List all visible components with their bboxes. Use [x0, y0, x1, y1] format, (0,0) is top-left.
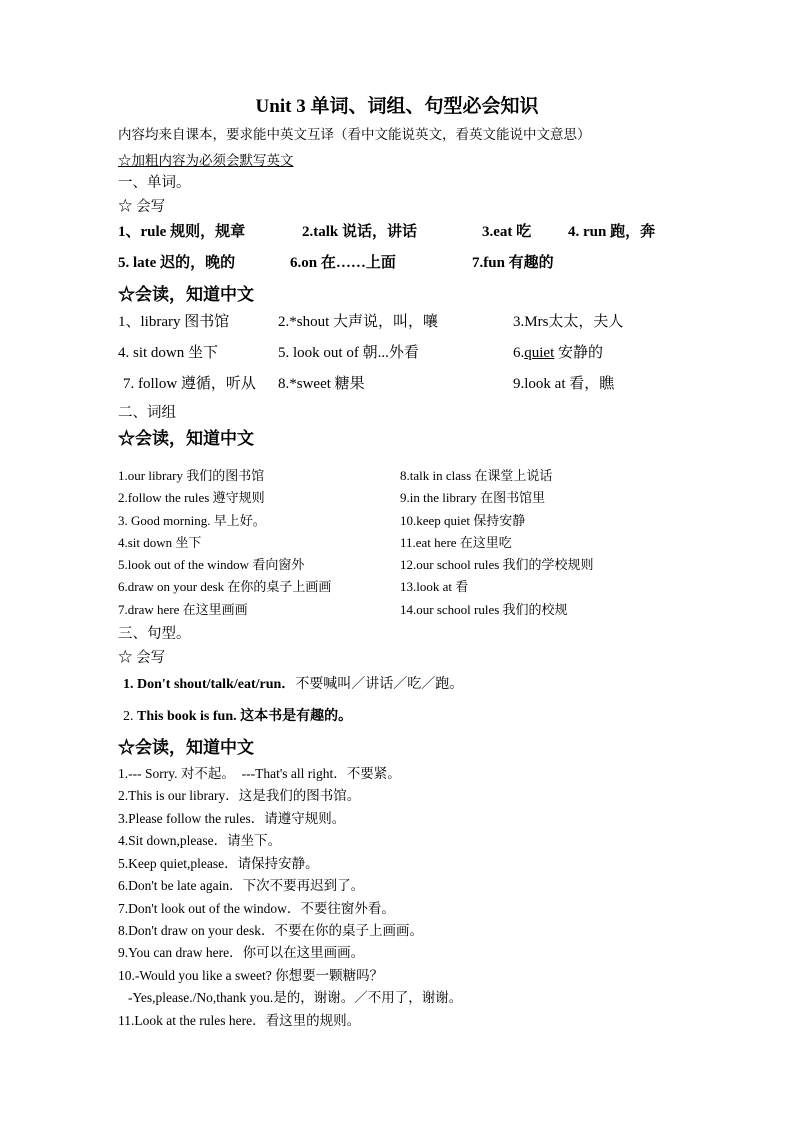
patterns-read-label: ☆会读，知道中文	[118, 736, 676, 760]
sentence-line: 8.Don't draw on your desk．不要在你的桌子上画画。	[118, 920, 676, 942]
phrase-item: 11.eat here 在这里吃	[400, 532, 676, 554]
section-patterns-heading: 三、句型。	[118, 625, 676, 644]
word-item-quiet: 6.quiet 安静的	[513, 338, 676, 369]
word-item: 7.fun 有趣的	[472, 248, 676, 279]
document-page: Unit 3 单词、词组、句型必会知识 内容均来自课本，要求能中英文互译（看中文…	[0, 0, 793, 1122]
phrase-item: 12.our school rules 我们的学校规则	[400, 554, 676, 576]
words-write-row-1: 1、rule 规则，规章 2.talk 说话，讲话 3.eat 吃 4. run…	[118, 217, 676, 248]
word-item: 1、library 图书馆	[118, 307, 278, 338]
word-item: 4. sit down 坐下	[118, 338, 278, 369]
phrase-item: 10.keep quiet 保持安静	[400, 510, 676, 532]
word-number: 6.	[513, 345, 524, 361]
phrase-item: 9.in the library 在图书馆里	[400, 487, 676, 509]
phrase-item: 4.sit down 坐下	[118, 532, 400, 554]
word-item: 3.eat 吃	[482, 217, 568, 248]
phrase-item: 7.draw here 在这里画画	[118, 599, 400, 621]
pattern-number: 2.	[123, 709, 137, 724]
phrase-item: 1.our library 我们的图书馆	[118, 465, 400, 487]
underlined-word: quiet	[524, 345, 554, 361]
words-read-row-2: 4. sit down 坐下 5. look out of 朝...外看 6.q…	[118, 338, 676, 369]
words-read-row-3: 7. follow 遵循，听从 8.*sweet 糖果 9.look at 看，…	[118, 369, 676, 400]
words-write-label: ☆ 会写	[118, 198, 676, 217]
phrase-item: 3. Good morning. 早上好。	[118, 510, 400, 532]
sentence-line: 9.You can draw here．你可以在这里画画。	[118, 942, 676, 964]
sentence-line: 2.This is our library．这是我们的图书馆。	[118, 785, 676, 807]
word-item: 6.on 在……上面	[290, 248, 472, 279]
phrase-item: 5.look out of the window 看向窗外	[118, 554, 400, 576]
words-write-row-2: 5. late 迟的，晚的 6.on 在……上面 7.fun 有趣的	[118, 248, 676, 279]
phrase-item: 2.follow the rules 遵守规则	[118, 487, 400, 509]
document-title: Unit 3 单词、词组、句型必会知识	[118, 94, 676, 120]
intro-text: 内容均来自课本，要求能中英文互译（看中文能说英文，看英文能说中文意思）	[118, 125, 676, 144]
pattern-chinese: 不要喊叫／讲话／吃／跑。	[295, 677, 463, 692]
sentence-list: 1.--- Sorry. 对不起。 ---That's all right．不要…	[118, 763, 676, 1032]
phrase-item: 6.draw on your desk 在你的桌子上画画	[118, 576, 400, 598]
word-item: 1、rule 规则，规章	[118, 217, 302, 248]
pattern-english: This book is fun. 这本书是有趣的。	[137, 709, 352, 724]
pattern-english: 1. Don't shout/talk/eat/run．	[123, 677, 295, 692]
sentence-line: 3.Please follow the rules．请遵守规则。	[118, 808, 676, 830]
phrase-item: 14.our school rules 我们的校规	[400, 599, 676, 621]
section-words-heading: 一、单词。	[118, 174, 676, 193]
patterns-write-label: ☆ 会写	[118, 649, 676, 668]
word-item: 9.look at 看，瞧	[513, 369, 676, 400]
bold-requirement-note: ☆加粗内容为必须会默写英文	[118, 151, 676, 170]
sentence-line: 4.Sit down,please．请坐下。	[118, 830, 676, 852]
sentence-line: 10.-Would you like a sweet? 你想要一颗糖吗？	[118, 965, 676, 987]
sentence-line: 5.Keep quiet,please．请保持安静。	[118, 853, 676, 875]
word-item: 2.talk 说话，讲话	[302, 217, 482, 248]
sentence-line: 1.--- Sorry. 对不起。 ---That's all right．不要…	[118, 763, 676, 785]
word-item: 3.Mrs太太，夫人	[513, 307, 676, 338]
words-read-row-1: 1、library 图书馆 2.*shout 大声说，叫，嚷 3.Mrs太太，夫…	[118, 307, 676, 338]
phrase-list: 1.our library 我们的图书馆 8.talk in class 在课堂…	[118, 465, 676, 621]
sentence-line: 6.Don't be late again．下次不要再迟到了。	[118, 875, 676, 897]
document-content: Unit 3 单词、词组、句型必会知识 内容均来自课本，要求能中英文互译（看中文…	[0, 0, 793, 1032]
word-item: 5. look out of 朝...外看	[278, 338, 513, 369]
word-item: 5. late 迟的，晚的	[118, 248, 290, 279]
pattern-line-1: 1. Don't shout/talk/eat/run．不要喊叫／讲话／吃／跑。	[118, 670, 676, 700]
word-item: 2.*shout 大声说，叫，嚷	[278, 307, 513, 338]
phrase-item: 8.talk in class 在课堂上说话	[400, 465, 676, 487]
word-item: 4. run 跑，奔	[568, 217, 676, 248]
words-read-label: ☆会读，知道中文	[118, 283, 676, 307]
section-phrases-heading: 二、词组	[118, 404, 676, 423]
pattern-line-2: 2. This book is fun. 这本书是有趣的。	[118, 702, 676, 732]
word-item: 8.*sweet 糖果	[278, 369, 513, 400]
word-item: 7. follow 遵循，听从	[118, 369, 278, 400]
sentence-line: 11.Look at the rules here．看这里的规则。	[118, 1010, 676, 1032]
sentence-line-continuation: -Yes,please./No,thank you.是的，谢谢。／不用了，谢谢。	[118, 987, 676, 1009]
word-meaning: 安静的	[554, 345, 603, 361]
sentence-line: 7.Don't look out of the window．不要往窗外看。	[118, 898, 676, 920]
phrases-read-label: ☆会读，知道中文	[118, 427, 676, 451]
phrase-item: 13.look at 看	[400, 576, 676, 598]
